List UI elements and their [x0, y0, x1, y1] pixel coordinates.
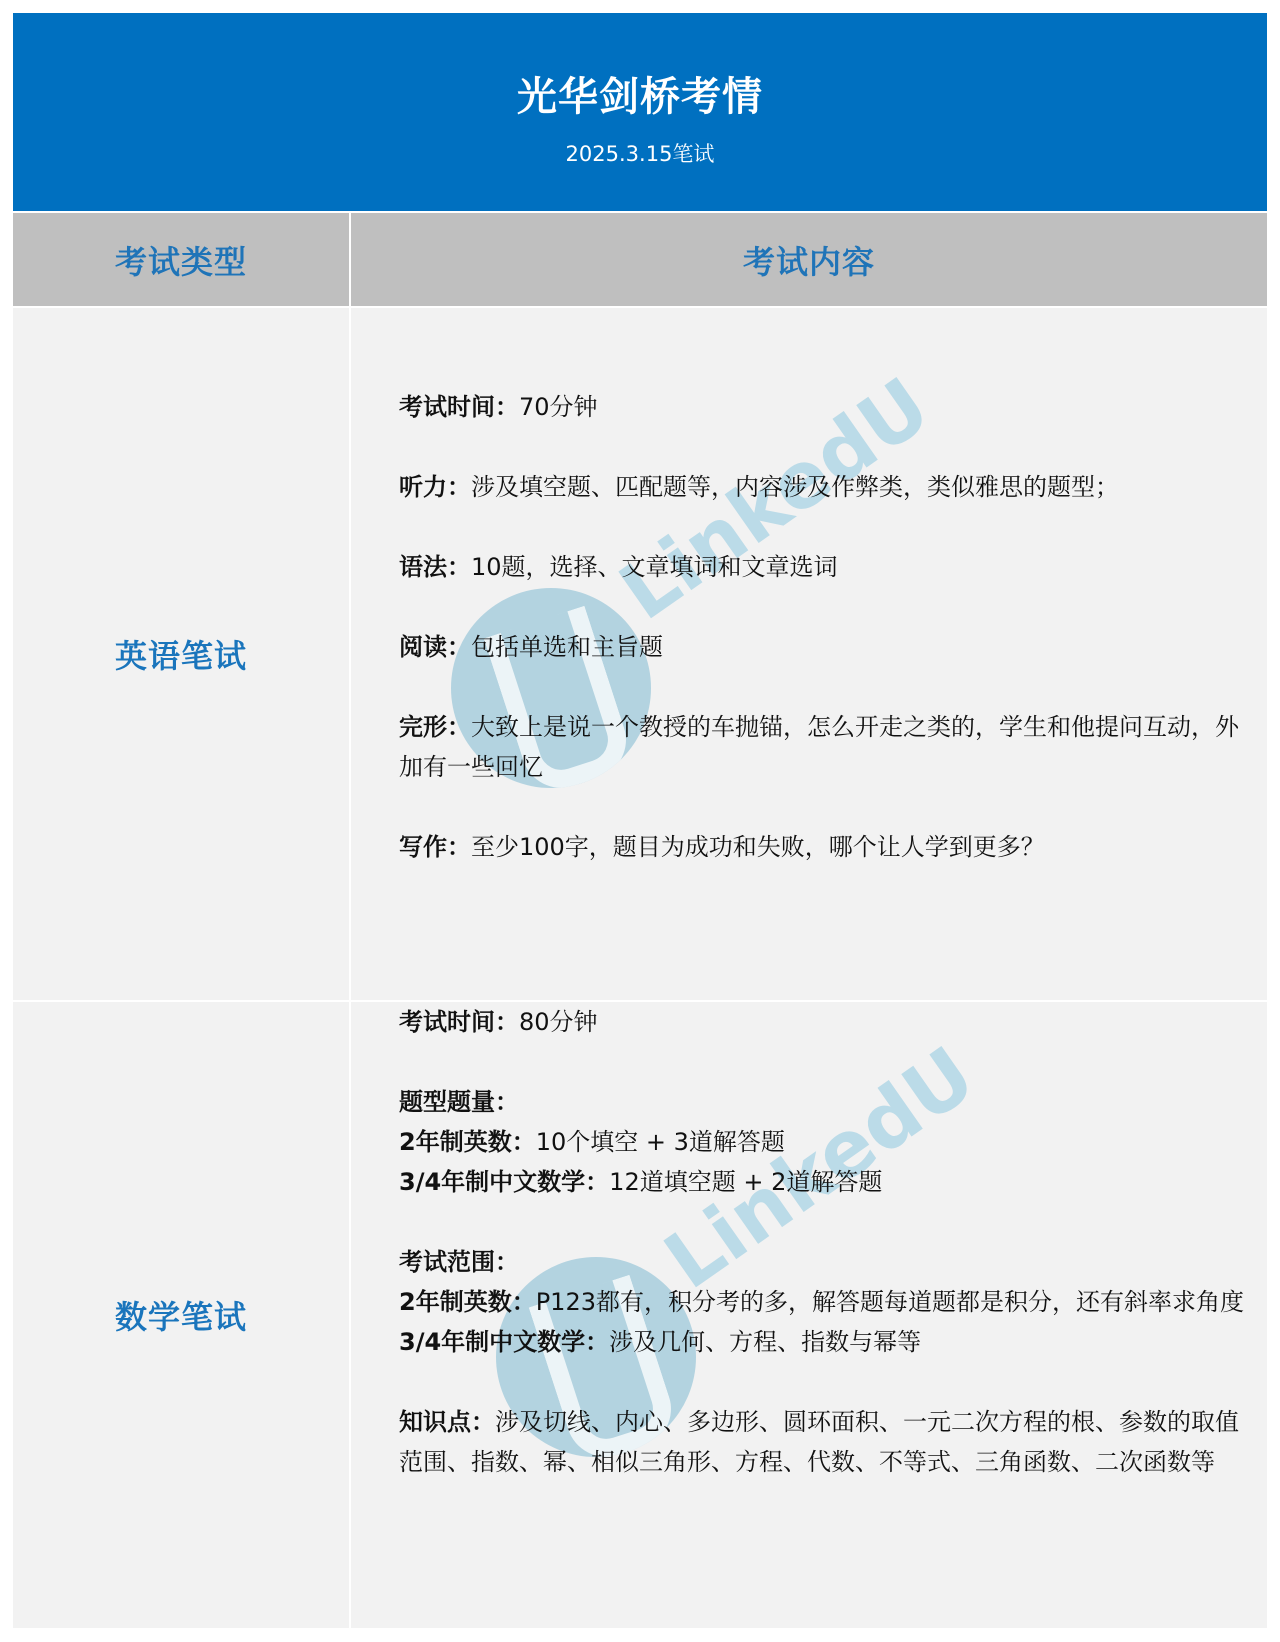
info-line: 3/4年制中文数学：涉及几何、方程、指数与幂等	[399, 1322, 1255, 1362]
row-content-cell: LinkedU 考试时间：70分钟 听力：涉及填空题、匹配题等，内容涉及作弊类，…	[349, 308, 1267, 1000]
english-content: 考试时间：70分钟 听力：涉及填空题、匹配题等，内容涉及作弊类，类似雅思的题型；…	[399, 387, 1255, 907]
table-header-row: 考试类型 考试内容	[13, 211, 1267, 306]
header-exam-content: 考试内容	[743, 237, 875, 283]
row-type-cell: 数学笔试	[13, 1002, 349, 1628]
info-item: 听力：涉及填空题、匹配题等，内容涉及作弊类，类似雅思的题型；	[399, 467, 1255, 507]
info-group-question-types: 题型题量： 2年制英数：10个填空 + 3道解答题 3/4年制中文数学：12道填…	[399, 1082, 1255, 1202]
info-group-exam-scope: 考试范围： 2年制英数：P123都有，积分考的多，解答题每道题都是积分，还有斜率…	[399, 1242, 1255, 1362]
header-cell-content: 考试内容	[349, 213, 1267, 306]
info-item: 语法：10题，选择、文章填词和文章选词	[399, 547, 1255, 587]
row-type-cell: 英语笔试	[13, 308, 349, 1000]
info-item: 知识点：涉及切线、内心、多边形、圆环面积、一元二次方程的根、参数的取值范围、指数…	[399, 1402, 1255, 1482]
info-item: 阅读：包括单选和主旨题	[399, 627, 1255, 667]
table-row-english: 英语笔试 LinkedU 考试时间：70分钟 听力：涉及填空题、匹配题等，内容涉…	[13, 306, 1267, 1000]
row-content-cell: LinkedU 考试时间：80分钟 题型题量： 2年制英数：10个填空 + 3道…	[349, 1002, 1267, 1628]
header-exam-type: 考试类型	[115, 237, 247, 283]
row-label-math: 数学笔试	[115, 1292, 247, 1338]
info-item: 完形：大致上是说一个教授的车抛锚，怎么开走之类的，学生和他提问互动，外加有一些回…	[399, 707, 1255, 787]
row-label-english: 英语笔试	[115, 631, 247, 677]
info-item: 写作：至少100字，题目为成功和失败，哪个让人学到更多？	[399, 827, 1255, 867]
info-line: 3/4年制中文数学：12道填空题 + 2道解答题	[399, 1162, 1255, 1202]
exam-info-sheet: 光华剑桥考情 2025.3.15笔试 考试类型 考试内容 英语笔试 Linked…	[13, 13, 1267, 1628]
table-row-math: 数学笔试 LinkedU 考试时间：80分钟 题型题量： 2年制英数：10个填空…	[13, 1000, 1267, 1628]
header-cell-type: 考试类型	[13, 213, 349, 306]
title-banner: 光华剑桥考情 2025.3.15笔试	[13, 13, 1267, 211]
info-item: 考试时间：80分钟	[399, 1002, 1255, 1042]
info-line: 2年制英数：10个填空 + 3道解答题	[399, 1122, 1255, 1162]
page-title: 光华剑桥考情	[517, 65, 763, 122]
exam-date: 2025.3.15笔试	[566, 138, 715, 168]
math-content: 考试时间：80分钟 题型题量： 2年制英数：10个填空 + 3道解答题 3/4年…	[399, 1002, 1255, 1522]
info-line: 2年制英数：P123都有，积分考的多，解答题每道题都是积分，还有斜率求角度	[399, 1282, 1255, 1322]
info-item: 考试时间：70分钟	[399, 387, 1255, 427]
